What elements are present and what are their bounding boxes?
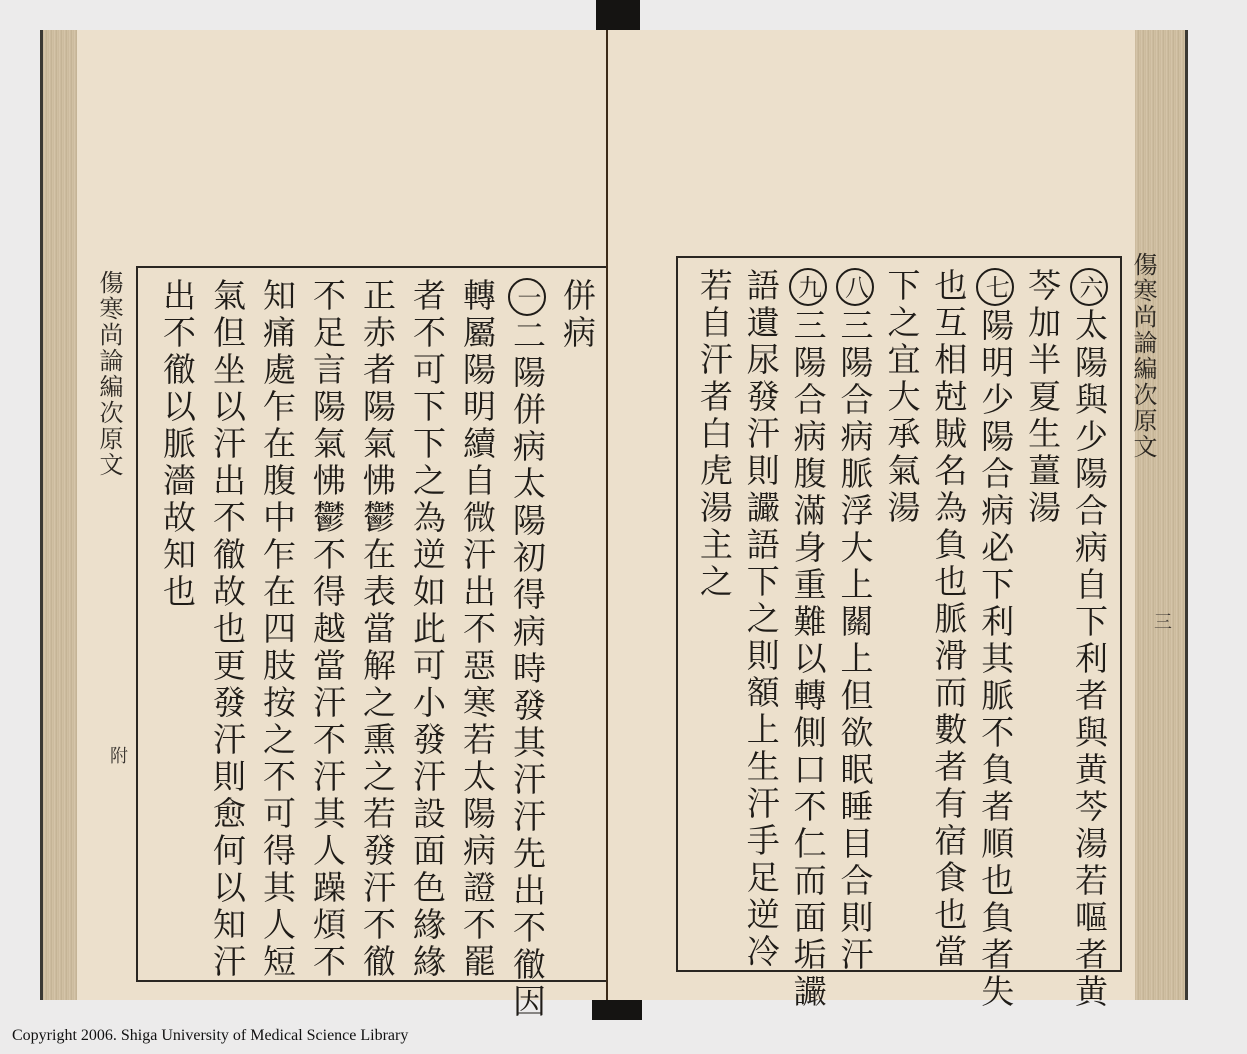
text-column: 知痛處乍在腹中乍在四肢按之不可得其人短 [248,278,298,970]
bookmark-ribbon-bottom [592,1000,642,1020]
text-column: 八三陽合病脈浮大上關上但欲眠睡目合則汗 [829,268,876,960]
text-column: 芩加半夏生薑湯 [1016,268,1063,960]
item-number: 一 [508,278,546,316]
right-page: 傷寒尚論編次原文 三 六太陽與少陽合病自下利者與黄芩湯若嘔者黄 芩加半夏生薑湯 … [608,30,1188,1000]
right-text-frame: 六太陽與少陽合病自下利者與黄芩湯若嘔者黄 芩加半夏生薑湯 七陽明少陽合病必下利其… [676,256,1122,972]
right-margin-title: 傷寒尚論編次原文 [1126,252,1161,460]
section-heading: 併病 [548,278,598,970]
right-folio: 三 [1148,612,1174,630]
left-columns: 併病 一二陽併病太陽初得病時發其汗汗先出不徹因 轉屬陽明續自微汗出不惡寒若太陽病… [148,278,598,970]
text-column: 轉屬陽明續自微汗出不惡寒若太陽病證不罷 [448,278,498,970]
left-page-edge [40,30,77,1000]
text-column: 下之宜大承氣湯 [876,268,923,960]
item-number: 八 [836,268,874,306]
left-page: 傷寒尚論編次原文 附 併病 一二陽併病太陽初得病時發其汗汗先出不徹因 轉屬陽明續… [40,30,606,1000]
item-number: 九 [789,268,827,306]
text-column: 氣但坐以汗出不徹故也更發汗則愈何以知汗 [198,278,248,970]
left-folio: 附 [104,746,130,764]
bookmark-ribbon-top [596,0,640,34]
text-column: 正赤者陽氣怫鬱在表當解之熏之若發汗不徹 [348,278,398,970]
left-margin-title: 傷寒尚論編次原文 [92,270,127,478]
right-page-edge [1135,30,1188,1000]
text-column: 七陽明少陽合病必下利其脈不負者順也負者失 [969,268,1016,960]
copyright-notice: Copyright 2006. Shiga University of Medi… [12,1027,408,1045]
text-column: 語遺尿發汗則讝語下之則額上生汗手足逆冷 [735,268,782,960]
right-columns: 六太陽與少陽合病自下利者與黄芩湯若嘔者黄 芩加半夏生薑湯 七陽明少陽合病必下利其… [688,268,1110,960]
text-column: 若自汗者白虎湯主之 [688,268,735,960]
text-column: 者不可下下之為逆如此可小發汗設面色緣緣 [398,278,448,970]
text-column: 不足言陽氣怫鬱不得越當汗不汗其人躁煩不 [298,278,348,970]
text-column: 九三陽合病腹滿身重難以轉側口不仁而面垢讝 [782,268,829,960]
text-column: 一二陽併病太陽初得病時發其汗汗先出不徹因 [498,278,548,970]
text-column: 六太陽與少陽合病自下利者與黄芩湯若嘔者黄 [1063,268,1110,960]
item-number: 六 [1070,268,1108,306]
item-number: 七 [976,268,1014,306]
left-text-frame: 併病 一二陽併病太陽初得病時發其汗汗先出不徹因 轉屬陽明續自微汗出不惡寒若太陽病… [136,266,610,982]
text-column: 出不徹以脈濇故知也 [148,278,198,970]
text-column: 也互相尅賊名為負也脈滑而數者有宿食也當 [922,268,969,960]
